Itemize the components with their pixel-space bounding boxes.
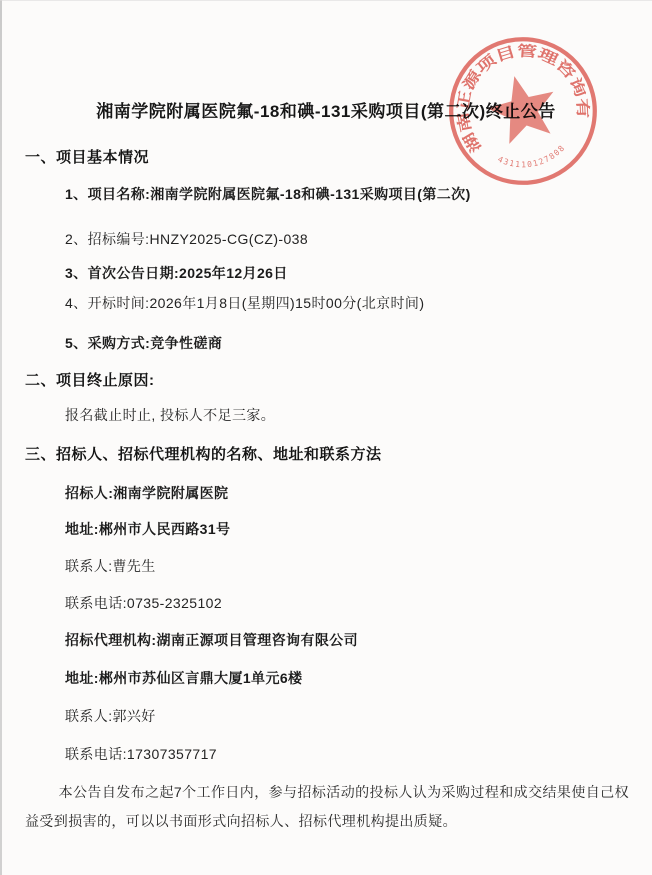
field-tenderer-address: 地址:郴州市人民西路31号: [65, 519, 230, 539]
field-tender-number: 2、招标编号:HNZY2025-CG(CZ)-038: [65, 229, 308, 249]
section-heading-2: 二、项目终止原因:: [25, 369, 155, 390]
section-heading-1: 一、项目基本情况: [25, 146, 149, 167]
field-tenderer-contact: 联系人:曹先生: [65, 556, 156, 576]
field-agency-contact: 联系人:郭兴好: [65, 706, 156, 726]
field-procurement-method: 5、采购方式:竞争性磋商: [65, 333, 222, 353]
field-termination-reason: 报名截止时止, 投标人不足三家。: [65, 405, 275, 425]
field-project-name: 1、项目名称:湘南学院附属医院氟-18和碘-131采购项目(第二次): [65, 184, 471, 204]
field-tenderer-name: 招标人:湘南学院附属医院: [65, 483, 228, 503]
field-agency-name: 招标代理机构:湖南正源项目管理咨询有限公司: [65, 630, 358, 650]
scan-edge-artifact: [0, 0, 2, 875]
field-tenderer-phone: 联系电话:0735-2325102: [65, 593, 222, 613]
svg-text:431110127808: 431110127808: [495, 139, 570, 177]
svg-text:湖南正源项目管理咨询有限公司: 湖南正源项目管理咨询有限公司: [436, 26, 598, 163]
closing-paragraph: 本公告自发布之起7个工作日内，参与招标活动的投标人认为采购过程和成交结果使自己权…: [25, 778, 629, 836]
scan-edge-artifact: [0, 0, 652, 1]
field-agency-address: 地址:郴州市苏仙区言鼎大厦1单元6楼: [65, 668, 302, 688]
page-title: 湘南学院附属医院氟-18和碘-131采购项目(第二次)终止公告: [0, 97, 652, 122]
document-page: 湘南学院附属医院氟-18和碘-131采购项目(第二次)终止公告 一、项目基本情况…: [0, 0, 652, 875]
seal-serial-number: 431110127808: [495, 139, 570, 177]
field-first-announcement-date: 3、首次公告日期:2025年12月26日: [65, 263, 288, 283]
field-agency-phone: 联系电话:17307357717: [65, 744, 217, 764]
section-heading-3: 三、招标人、招标代理机构的名称、地址和联系方法: [25, 443, 382, 464]
seal-company-text: 湖南正源项目管理咨询有限公司: [436, 26, 598, 163]
field-bid-opening-time: 4、开标时间:2026年1月8日(星期四)15时00分(北京时间): [65, 293, 424, 313]
